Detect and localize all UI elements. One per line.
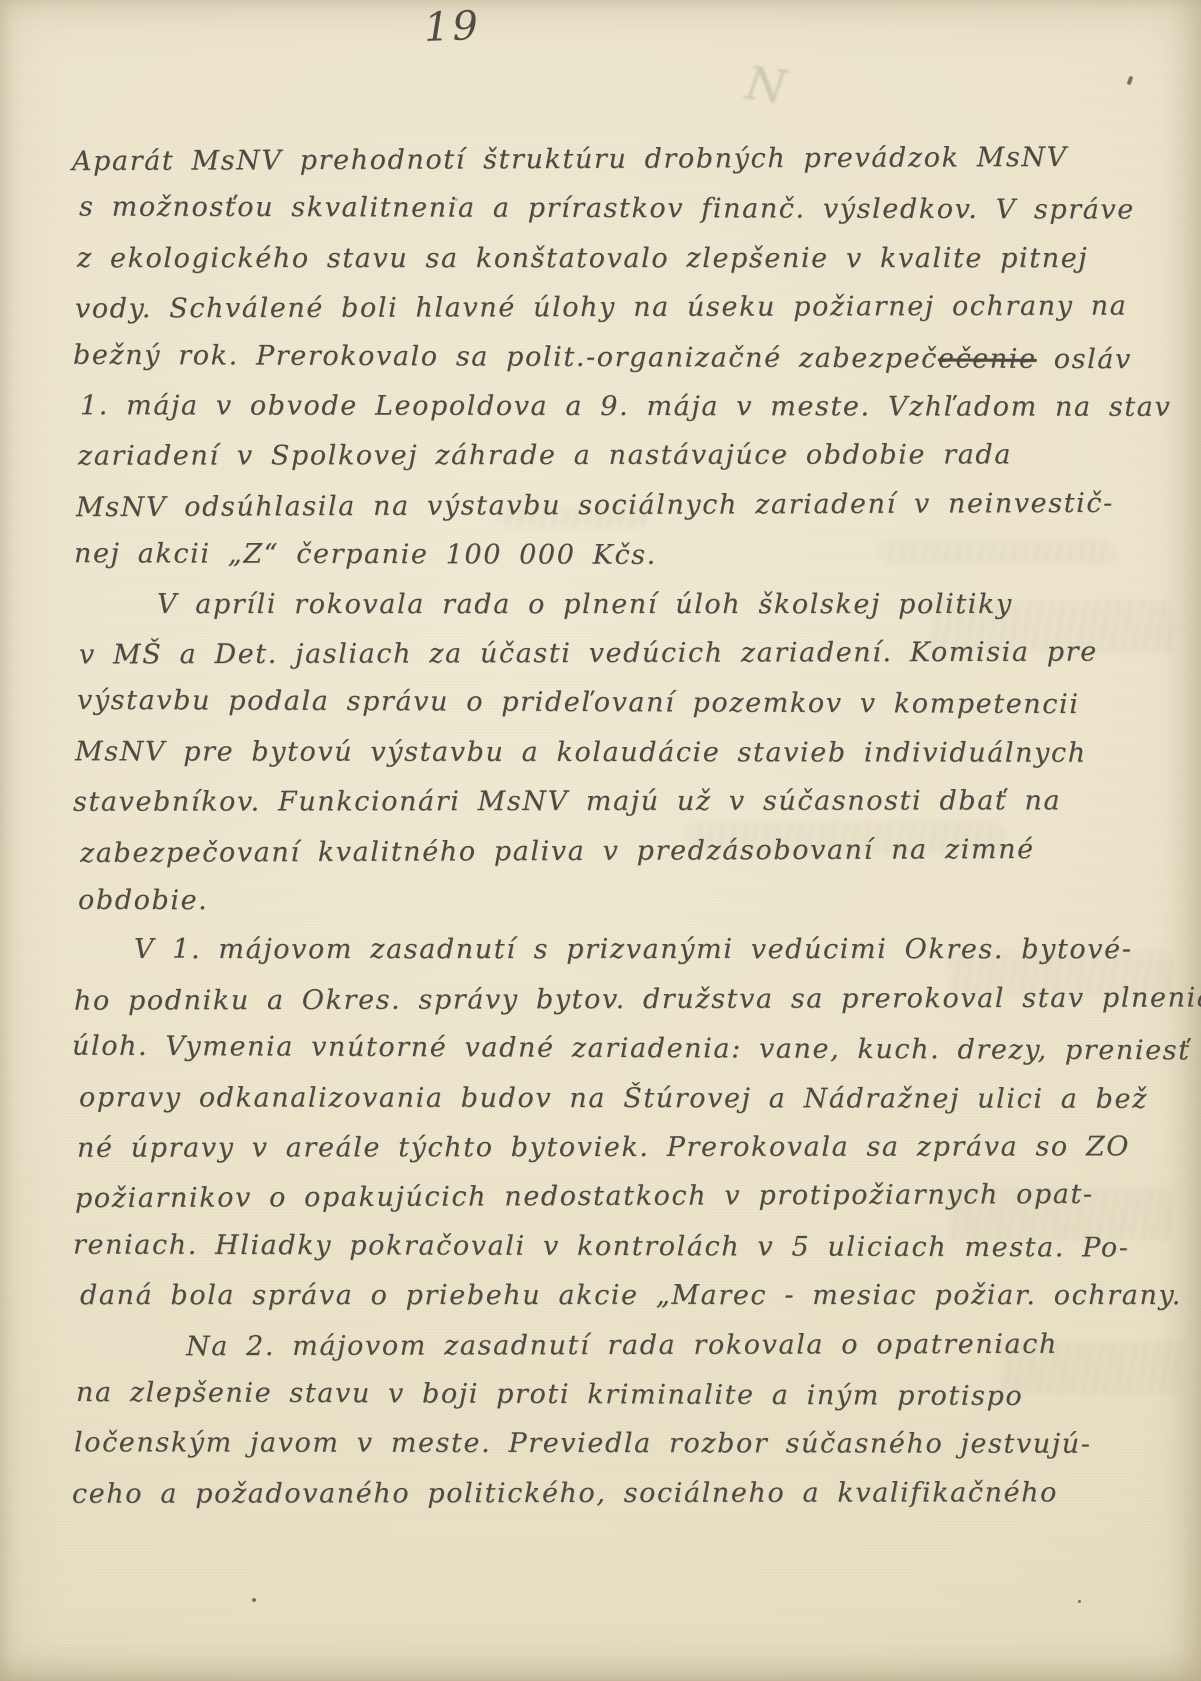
manuscript-line: úloh. Vymenia vnútorné vadné zariadenia:…: [72, 1029, 1191, 1070]
struck-text-segment: ečenie: [938, 343, 1037, 374]
manuscript-line: reniach. Hliadky pokračovali v kontrolác…: [73, 1227, 1130, 1266]
manuscript-text-block: Aparát MsNV prehodnotí štruktúru drobnýc…: [76, 142, 1172, 1542]
text-segment: Aparát MsNV prehodnotí štruktúru drobnýc…: [72, 142, 1068, 177]
text-segment: na zlepšenie stavu v boji proti kriminal…: [76, 1377, 1023, 1412]
text-segment: vody. Schválené boli hlavné úlohy na úse…: [75, 291, 1127, 325]
bleedthrough-letter-mark: N: [742, 55, 789, 114]
text-segment: výstavbu podala správu o prideľovaní poz…: [77, 685, 1080, 720]
manuscript-line: Aparát MsNV prehodnotí štruktúru drobnýc…: [72, 140, 1068, 180]
text-segment: V 1. májovom zasadnutí s prizvanými vedú…: [134, 934, 1132, 965]
text-segment: obdobie.: [78, 885, 208, 916]
manuscript-line: výstavbu podala správu o prideľovaní poz…: [77, 683, 1080, 723]
manuscript-line: z ekologického stavu sa konštatovalo zle…: [77, 241, 1088, 277]
text-segment: opravy odkanalizovania budov na Štúrovej…: [79, 1082, 1148, 1114]
text-segment: MsNV odsúhlasila na výstavbu sociálnych …: [76, 488, 1114, 523]
text-segment: stavebníkov. Funkcionári MsNV majú už v …: [73, 785, 1061, 817]
text-segment: V apríli rokovala rada o plnení úloh ško…: [157, 589, 1013, 620]
text-segment: daná bola správa o priebehu akcie „Marec…: [80, 1280, 1182, 1311]
text-segment: osláv: [1037, 343, 1132, 374]
manuscript-line: zabezpečovaní kvalitného paliva v predzá…: [80, 832, 1035, 872]
manuscript-line: V apríli rokovala rada o plnení úloh ško…: [157, 587, 1013, 623]
manuscript-line: s možnosťou skvalitnenia a prírastkov fi…: [79, 190, 1135, 229]
manuscript-line: ceho a požadovaného politického, sociáln…: [72, 1475, 1058, 1512]
text-segment: s možnosťou skvalitnenia a prírastkov fi…: [79, 192, 1135, 226]
manuscript-line: ločenským javom v meste. Previedla rozbo…: [74, 1426, 1092, 1463]
ink-speck: [252, 1598, 256, 1602]
manuscript-line: nej akcii „Z“ čerpanie 100 000 Kčs.: [74, 536, 657, 574]
text-segment: né úpravy v areále týchto bytoviek. Prer…: [77, 1131, 1130, 1163]
text-segment: ceho a požadovaného politického, sociáln…: [72, 1477, 1058, 1509]
manuscript-line: v MŠ a Det. jasliach za účasti vedúcich …: [79, 635, 1098, 674]
text-segment: nej akcii „Z“ čerpanie 100 000 Kčs.: [74, 538, 657, 571]
text-segment: 1. mája v obvode Leopoldova a 9. mája v …: [80, 390, 1171, 423]
text-segment: zariadení v Spolkovej záhrade a nastávaj…: [78, 440, 1012, 472]
manuscript-line: daná bola správa o priebehu akcie „Marec…: [80, 1278, 1182, 1314]
manuscript-line: ho podniku a Okres. správy bytov. družst…: [74, 980, 1201, 1019]
text-segment: zabezpečovaní kvalitného paliva v predzá…: [80, 834, 1035, 869]
manuscript-line: opravy odkanalizovania budov na Štúrovej…: [79, 1080, 1148, 1117]
page-number: 19: [423, 3, 481, 51]
text-segment: reniach. Hliadky pokračovali v kontrolác…: [73, 1229, 1130, 1263]
manuscript-line: stavebníkov. Funkcionári MsNV majú už v …: [73, 783, 1061, 820]
manuscript-line: na zlepšenie stavu v boji proti kriminal…: [76, 1375, 1023, 1415]
ink-speck: [1078, 1600, 1081, 1603]
manuscript-line: bežný rok. Prerokovalo sa polit.-organiz…: [73, 337, 1132, 377]
manuscript-line: zariadení v Spolkovej záhrade a nastávaj…: [78, 438, 1012, 475]
text-segment: ločenským javom v meste. Previedla rozbo…: [74, 1428, 1092, 1460]
text-segment: v MŠ a Det. jasliach za účasti vedúcich …: [79, 637, 1098, 671]
manuscript-line: Na 2. májovom zasadnutí rada rokovala o …: [186, 1326, 1058, 1364]
manuscript-line: V 1. májovom zasadnutí s prizvanými vedú…: [134, 932, 1132, 968]
manuscript-line: MsNV pre bytovú výstavbu a kolaudácie st…: [75, 734, 1087, 771]
text-segment: Na 2. májovom zasadnutí rada rokovala o …: [186, 1328, 1058, 1361]
text-segment: úloh. Vymenia vnútorné vadné zariadenia:…: [72, 1031, 1191, 1067]
text-segment: MsNV pre bytovú výstavbu a kolaudácie st…: [75, 736, 1087, 768]
manuscript-line: požiarnikov o opakujúcich nedostatkoch v…: [75, 1177, 1094, 1217]
text-segment: ho podniku a Okres. správy bytov. družst…: [74, 982, 1201, 1016]
text-segment: bežný rok. Prerokovalo sa polit.-organiz…: [73, 339, 938, 374]
text-segment: z ekologického stavu sa konštatovalo zle…: [77, 243, 1088, 274]
manuscript-line: vody. Schválené boli hlavné úlohy na úse…: [75, 289, 1128, 328]
manuscript-line: 1. mája v obvode Leopoldova a 9. mája v …: [80, 388, 1171, 426]
text-segment: požiarnikov o opakujúcich nedostatkoch v…: [75, 1179, 1094, 1214]
manuscript-line: obdobie.: [78, 883, 208, 919]
manuscript-line: MsNV odsúhlasila na výstavbu sociálnych …: [76, 486, 1114, 526]
manuscript-line: né úpravy v areále týchto bytoviek. Prer…: [77, 1129, 1130, 1166]
